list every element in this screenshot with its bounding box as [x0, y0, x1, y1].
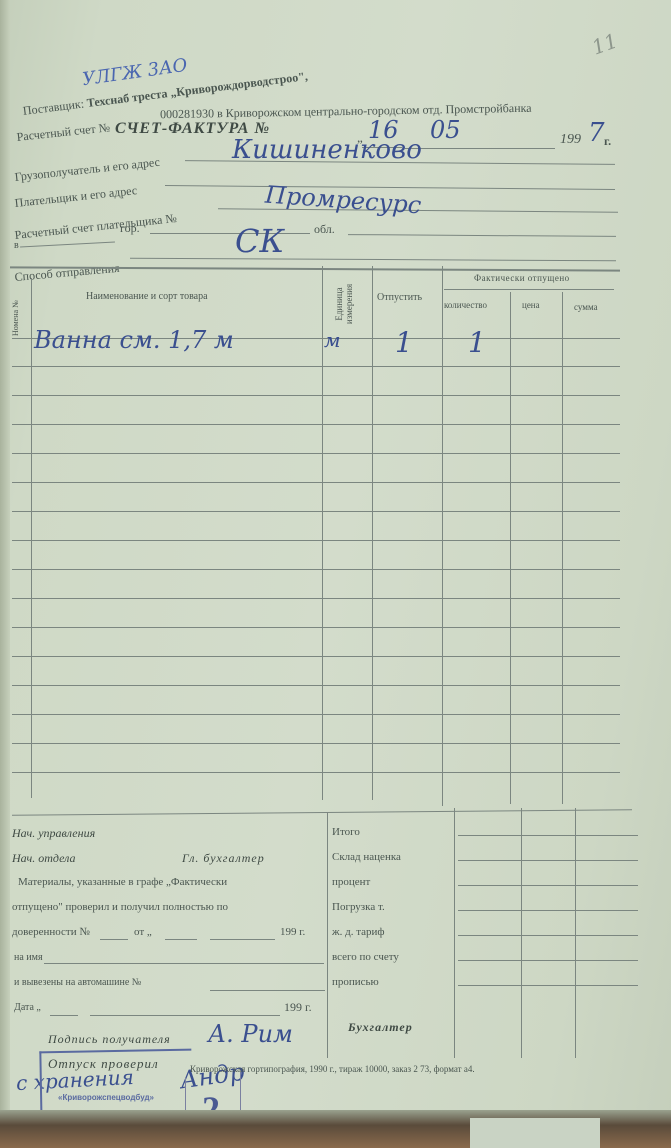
proxy-day-line	[165, 939, 197, 940]
materials-text-2: отпущено" проверил и получил полностью п…	[12, 901, 228, 913]
paper-left-edge	[0, 0, 10, 1130]
row-line	[12, 656, 620, 657]
row-line	[12, 511, 620, 512]
totals-line	[458, 960, 638, 961]
totals-line	[458, 985, 638, 986]
proxy-year: 199 г.	[280, 926, 305, 938]
row-item-unit: м	[324, 328, 341, 352]
shipping-value: СК	[235, 222, 284, 260]
row-line	[12, 569, 620, 570]
col-divider-name	[322, 266, 323, 800]
totals-line	[458, 935, 638, 936]
receiver-signature-label: Подпись получателя	[48, 1032, 171, 1047]
receiver-signature: А. Рим	[208, 1020, 293, 1048]
actual-group-underline	[444, 289, 614, 290]
date-day-line	[50, 1015, 78, 1016]
col-divider-release	[442, 266, 443, 806]
row-line	[12, 395, 620, 396]
year-prefix: 199	[560, 132, 581, 148]
city-prefix: в	[14, 240, 19, 251]
row-line	[12, 453, 620, 454]
totals-line	[458, 885, 638, 886]
col-header-release: Отпустить	[377, 292, 422, 303]
row-line	[12, 685, 620, 686]
row-line	[12, 540, 620, 541]
totals-label-4: ж. д. тариф	[332, 926, 385, 938]
city-label: гор.	[120, 221, 140, 236]
city-line	[150, 233, 310, 234]
col-header-name: Наименование и сорт товара	[86, 291, 208, 302]
row-line	[12, 424, 620, 425]
accountant-label: Бухгалтер	[348, 1020, 413, 1035]
consignee-value: Кишиненково	[232, 135, 422, 165]
row-line	[12, 772, 620, 773]
date-month-line	[90, 1015, 280, 1016]
totals-line	[458, 860, 638, 861]
stamp-org: «Криворожспецводбуд»	[58, 1093, 154, 1102]
name-label: на имя	[14, 952, 43, 963]
col-divider-qty	[510, 292, 511, 804]
year-handwritten: 7	[588, 118, 605, 148]
region-label: обл.	[314, 222, 335, 237]
totals-label-6: прописью	[332, 976, 379, 988]
col-header-number: Номена №	[11, 300, 20, 336]
row-line	[12, 627, 620, 628]
totals-line	[458, 910, 638, 911]
proxy-label: доверенности №	[12, 926, 90, 938]
proxy-month-line	[210, 939, 275, 940]
chief-accountant-label: Гл. бухгалтер	[182, 851, 265, 866]
row-item-quantity: 1	[468, 326, 486, 359]
row-line	[12, 714, 620, 715]
year-suffix: г.	[604, 134, 611, 149]
col-divider-price	[562, 292, 563, 804]
row-line	[12, 482, 620, 483]
underlying-sheet	[470, 1118, 600, 1148]
materials-text-1: Материалы, указанные в графе „Фактически	[18, 876, 227, 888]
col-header-price: цена	[522, 300, 540, 310]
invoice-date-month: 05	[430, 116, 461, 144]
vehicle-line	[210, 990, 325, 991]
printer-info: Криворожская гортипография, 1990 г., тир…	[190, 1064, 475, 1074]
vehicle-label: и вывезены на автомашине №	[14, 977, 141, 988]
col-header-sum: сумма	[574, 302, 598, 312]
name-line	[44, 963, 324, 964]
totals-label-2: процент	[332, 876, 370, 888]
totals-col-1	[454, 808, 455, 1058]
proxy-from: от „	[134, 926, 152, 938]
date-year: 199 г.	[284, 1000, 312, 1015]
proxy-number-line	[100, 939, 128, 940]
totals-label-1: Склад наценка	[332, 851, 401, 863]
totals-col-3	[575, 808, 576, 1058]
totals-label-5: всего по счету	[332, 951, 399, 963]
head-management-label: Нач. управления	[12, 826, 95, 841]
totals-col-2	[521, 808, 522, 1058]
totals-left-divider	[327, 812, 328, 1058]
row-item-name: Ванна см. 1,7 м	[34, 326, 234, 354]
col-divider-unit	[372, 266, 373, 800]
row-line	[12, 743, 620, 744]
row-item-release: 1	[395, 326, 413, 359]
date-label: Дата „	[14, 1002, 41, 1013]
head-department-label: Нач. отдела	[12, 851, 76, 866]
row-line	[12, 366, 620, 367]
totals-label-3: Погрузка т.	[332, 901, 385, 913]
col-divider-number	[31, 278, 32, 798]
totals-line	[458, 835, 638, 836]
col-header-actual-group: Фактически отпущено	[474, 273, 570, 283]
totals-label-0: Итого	[332, 826, 360, 838]
date-month-underline	[405, 148, 555, 149]
row-line	[12, 598, 620, 599]
col-header-quantity: количество	[444, 300, 487, 310]
